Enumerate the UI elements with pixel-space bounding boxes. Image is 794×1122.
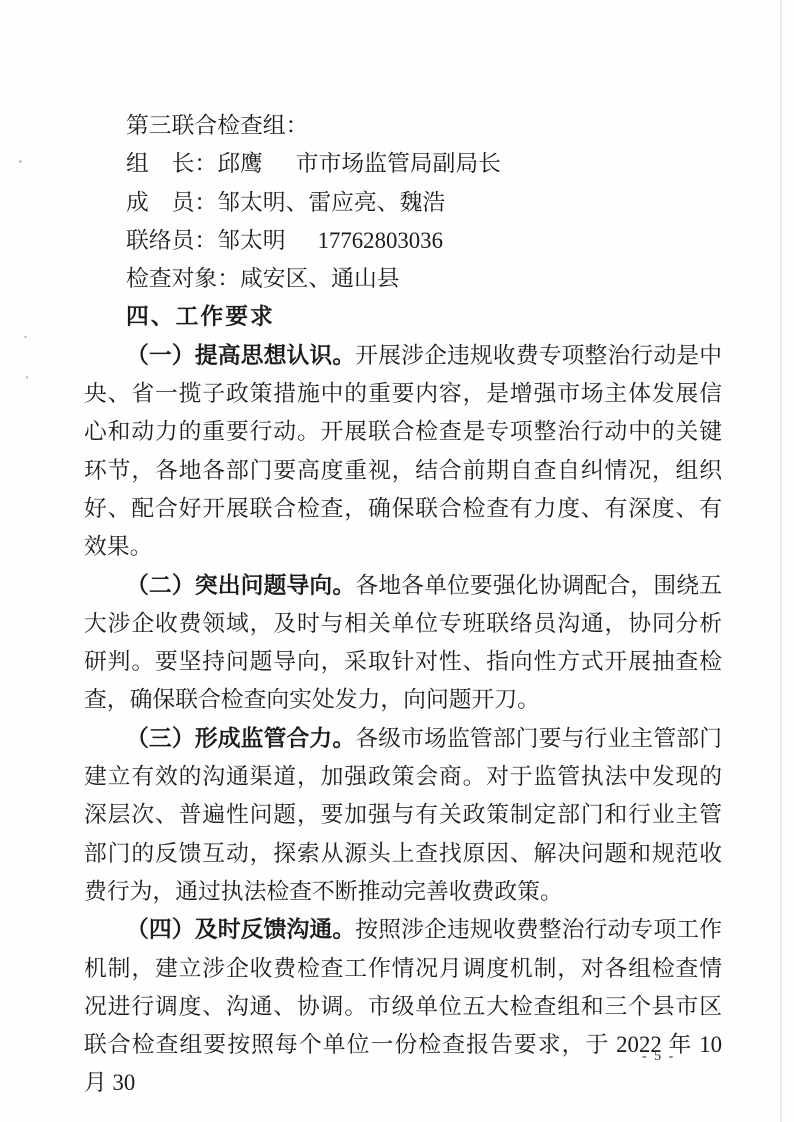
group-leader-line: 组 长：邱鹰市市场监管局副局长	[84, 145, 722, 183]
leader-label: 组 长：	[126, 151, 217, 176]
scan-speck	[19, 160, 22, 163]
scan-speck	[26, 376, 28, 379]
liaison-name: 邹太明	[217, 228, 285, 253]
paragraph-1-title: （一）提高思想认识。	[126, 343, 355, 368]
paragraph-1-body: 开展涉企违规收费专项整治行动是中央、省一揽子政策措施中的重要内容，是增强市场主体…	[84, 343, 722, 559]
targets-label: 检查对象：	[126, 266, 240, 291]
paragraph-4: （四）及时反馈沟通。按照涉企违规收费整治行动专项工作机制，建立涉企收费检查工作情…	[84, 911, 722, 1102]
scanned-document-page: 第三联合检查组： 组 长：邱鹰市市场监管局副局长 成 员：邹太明、雷应亮、魏浩 …	[0, 0, 794, 1122]
paragraph-3: （三）形成监管合力。各级市场监管部门要与行业主管部门建立有效的沟通渠道，加强政策…	[84, 720, 722, 911]
liaison-label: 联络员：	[126, 228, 217, 253]
group-liaison-line: 联络员：邹太明17762803036	[84, 222, 722, 260]
scan-speck	[24, 336, 27, 338]
group-title: 第三联合检查组：	[126, 113, 308, 138]
paragraph-3-title: （三）形成监管合力。	[126, 726, 355, 751]
scan-edge-artifact-line	[780, 0, 782, 1122]
liaison-phone: 17762803036	[318, 228, 443, 253]
members-names: 邹太明、雷应亮、魏浩	[217, 190, 445, 215]
paragraph-3-body: 各级市场监管部门要与行业主管部门建立有效的沟通渠道，加强政策会商。对于监管执法中…	[84, 726, 722, 904]
leader-name: 邱鹰	[217, 151, 263, 176]
targets-value: 咸安区、通山县	[240, 266, 400, 291]
group-members-line: 成 员：邹太明、雷应亮、魏浩	[84, 184, 722, 222]
paragraph-4-title: （四）及时反馈沟通。	[126, 917, 355, 942]
document-body: 第三联合检查组： 组 长：邱鹰市市场监管局副局长 成 员：邹太明、雷应亮、魏浩 …	[84, 107, 722, 1103]
group-targets-line: 检查对象：咸安区、通山县	[84, 260, 722, 298]
paragraph-2: （二）突出问题导向。各地各单位要强化协调配合，围绕五大涉企收费领域，及时与相关单…	[84, 567, 722, 720]
paragraph-2-title: （二）突出问题导向。	[126, 573, 355, 598]
paragraph-4-body: 按照涉企违规收费整治行动专项工作机制，建立涉企收费检查工作情况月调度机制，对各组…	[84, 917, 722, 1095]
paragraph-1: （一）提高思想认识。开展涉企违规收费专项整治行动是中央、省一揽子政策措施中的重要…	[84, 337, 722, 567]
leader-title: 市市场监管局副局长	[296, 151, 501, 176]
members-label: 成 员：	[126, 190, 217, 215]
section-heading: 四、工作要求	[84, 298, 722, 336]
page-number: - 5 -	[642, 1049, 675, 1065]
group-title-line: 第三联合检查组：	[84, 107, 722, 145]
